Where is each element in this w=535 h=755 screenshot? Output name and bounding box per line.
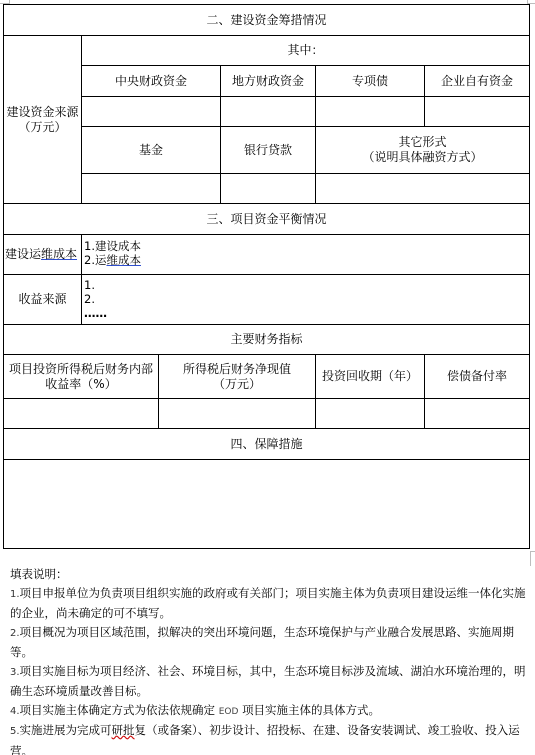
instruction-item-4: 4.项目实施主体确定方式为依法依规确定 EOD 项目实施主体的具体方式。 bbox=[10, 701, 530, 722]
col-fund: 基金 bbox=[82, 127, 221, 174]
instruction-item-1: 1.项目申报单位为负责项目组织实施的政府或有关部门；项目实施主体为负责项目建设运… bbox=[10, 584, 530, 623]
col-irr: 项目投资所得税后财务内部 收益率（%） bbox=[4, 355, 159, 399]
value-payback-period[interactable] bbox=[316, 399, 425, 429]
col-debt-coverage: 偿债备付率 bbox=[425, 355, 530, 399]
revenue-item-1: 1. bbox=[84, 278, 529, 292]
revenue-items[interactable]: 1. 2. …… bbox=[82, 275, 530, 325]
section2-title: 二、建设资金筹措情况 bbox=[4, 5, 530, 36]
instruction-item-2: 2.项目概况为项目区域范围，拟解决的突出环境问题，生态环境保护与产业融合发展思路… bbox=[10, 623, 530, 662]
project-form-table: 二、建设资金筹措情况 建设资金来源 （万元） 其中： 中央财政资金 地方财政资金… bbox=[3, 4, 530, 549]
col-payback-period: 投资回收期（年） bbox=[316, 355, 425, 399]
cost-label: 建设运维成本 bbox=[4, 235, 82, 275]
section4-title: 四、保障措施 bbox=[4, 429, 530, 460]
col-bank-loan: 银行贷款 bbox=[221, 127, 316, 174]
value-irr[interactable] bbox=[4, 399, 159, 429]
instructions-title: 填表说明： bbox=[10, 565, 530, 584]
instruction-item-3: 3.项目实施目标为项目经济、社会、环境目标，其中，生态环境目标涉及流域、湖泊水环… bbox=[10, 662, 530, 701]
col-other-form: 其它形式 （说明具体融资方式） bbox=[316, 127, 530, 174]
value-npv[interactable] bbox=[159, 399, 316, 429]
value-other-form[interactable] bbox=[316, 174, 530, 204]
col-local-fiscal: 地方财政资金 bbox=[221, 66, 316, 97]
col-special-bond: 专项债 bbox=[316, 66, 425, 97]
value-bank-loan[interactable] bbox=[221, 174, 316, 204]
cost-item-2: 2.运维成本 bbox=[84, 253, 529, 267]
revenue-item-more: …… bbox=[84, 306, 529, 320]
value-fund[interactable] bbox=[82, 174, 221, 204]
revenue-item-2: 2. bbox=[84, 292, 529, 306]
spellcheck-flag: 研批 bbox=[112, 723, 135, 737]
of-which-header: 其中： bbox=[82, 36, 530, 66]
value-central-fiscal[interactable] bbox=[82, 97, 221, 127]
page-corner-mark bbox=[530, 551, 535, 566]
cost-item-1: 1.建设成本 bbox=[84, 239, 529, 253]
filling-instructions: 填表说明： 1.项目申报单位为负责项目组织实施的政府或有关部门；项目实施主体为负… bbox=[10, 565, 530, 755]
financial-title: 主要财务指标 bbox=[4, 325, 530, 355]
funding-source-label: 建设资金来源 （万元） bbox=[4, 36, 82, 204]
instruction-item-5: 5.实施进展为完成可研批复（或备案）、初步设计、招投标、在建、设备安装调试、竣工… bbox=[10, 721, 530, 755]
cost-items[interactable]: 1.建设成本 2.运维成本 bbox=[82, 235, 530, 275]
col-npv: 所得税后财务净现值 （万元） bbox=[159, 355, 316, 399]
revenue-label: 收益来源 bbox=[4, 275, 82, 325]
value-debt-coverage[interactable] bbox=[425, 399, 530, 429]
col-enterprise-own: 企业自有资金 bbox=[425, 66, 530, 97]
section3-title: 三、项目资金平衡情况 bbox=[4, 204, 530, 235]
value-local-fiscal[interactable] bbox=[221, 97, 316, 127]
guarantee-measures-content[interactable] bbox=[4, 460, 530, 549]
value-enterprise-own[interactable] bbox=[425, 97, 530, 127]
col-central-fiscal: 中央财政资金 bbox=[82, 66, 221, 97]
value-special-bond[interactable] bbox=[316, 97, 425, 127]
